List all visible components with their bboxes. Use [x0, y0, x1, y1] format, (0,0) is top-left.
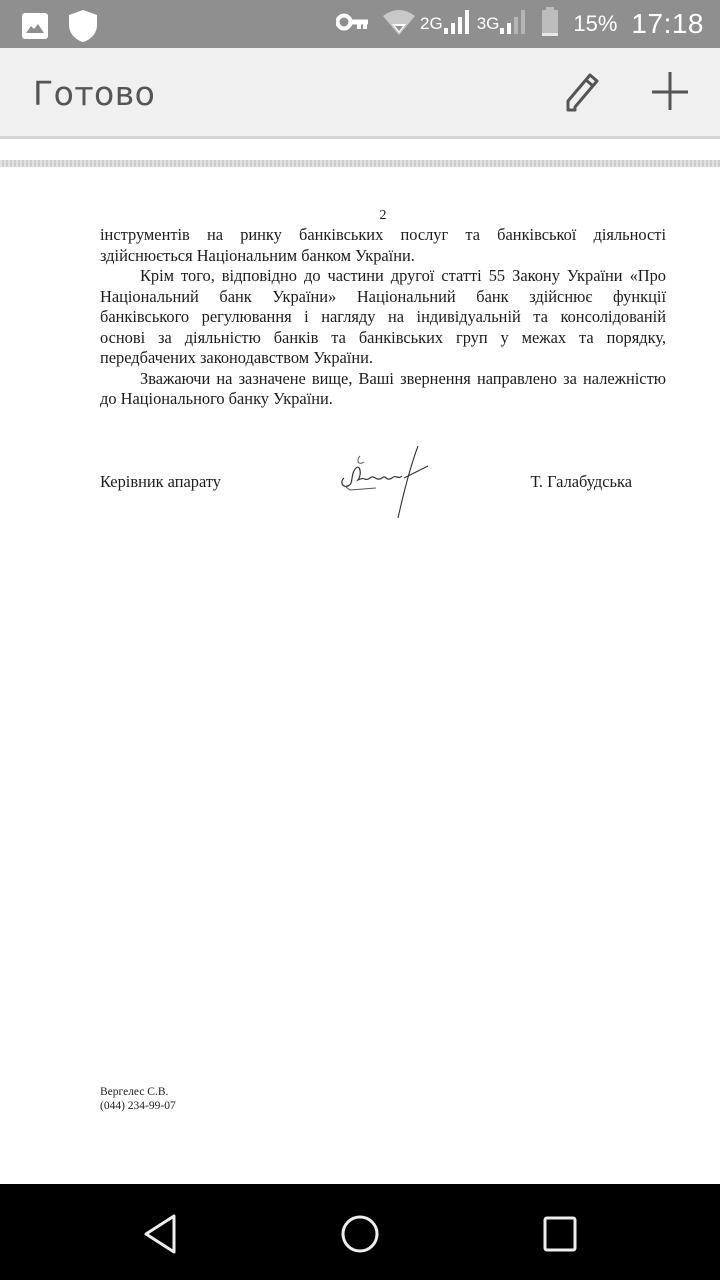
app-bar: Готово: [0, 48, 720, 139]
signatory-title: Керівник апарату: [100, 472, 221, 493]
vpn-key-icon: [336, 13, 368, 36]
paragraph-line: передбачених законодавством України.: [100, 348, 666, 369]
signal-3g-icon: [499, 9, 529, 40]
back-triangle-icon: [138, 1243, 182, 1260]
signature-block: Керівник апарату Т. Галабудська: [100, 452, 666, 532]
signatory-name: Т. Галабудська: [531, 472, 632, 493]
contact-name: Вергелес С.В.: [100, 1085, 176, 1099]
document-viewer[interactable]: 2 інструментів на ринку банківських посл…: [0, 139, 720, 1184]
paragraph-line: Крім того, відповідно до частини другої …: [100, 266, 666, 287]
navigation-bar: [0, 1184, 720, 1280]
paragraph-line: банківського регулювання і нагляду на ін…: [100, 307, 666, 328]
paragraph-line: Національний банк України» Національний …: [100, 287, 666, 308]
contact-block: Вергелес С.В. (044) 234-99-07: [100, 1085, 176, 1113]
done-button[interactable]: Готово: [33, 74, 155, 113]
signature-image: [336, 438, 436, 528]
paragraph-line: Зважаючи на зазначене вище, Ваші звернен…: [100, 369, 666, 390]
wifi-icon: [382, 8, 416, 41]
back-button[interactable]: [138, 1212, 182, 1256]
battery-percent: 15%: [573, 11, 617, 37]
page-number: 2: [100, 209, 666, 223]
plus-icon: [648, 101, 692, 118]
add-button[interactable]: [648, 70, 692, 114]
paragraph-line: інструментів на ринку банківських послуг…: [100, 225, 666, 246]
home-button[interactable]: [338, 1212, 382, 1256]
paragraph-line: здійснюється Національним банком України…: [100, 246, 666, 267]
page-edge-divider: [0, 160, 720, 167]
battery-icon: [541, 7, 559, 42]
status-bar: 2G 3G 15% 17:18: [0, 0, 720, 48]
edit-button[interactable]: [560, 70, 604, 114]
paragraph-line: до Національного банку України.: [100, 389, 666, 410]
contact-phone: (044) 234-99-07: [100, 1099, 176, 1113]
signal-2g-icon: [443, 9, 473, 40]
network-2g-label: 2G: [420, 14, 443, 34]
paragraph-line: основі за діяльністю банків та банківськ…: [100, 328, 666, 349]
gallery-icon: [22, 13, 48, 44]
clock: 17:18: [631, 8, 704, 40]
document-page: 2 інструментів на ринку банківських посл…: [100, 209, 666, 532]
pencil-icon: [560, 101, 604, 118]
network-3g-label: 3G: [477, 14, 500, 34]
recents-square-icon: [538, 1243, 582, 1260]
recents-button[interactable]: [538, 1212, 582, 1256]
home-circle-icon: [338, 1243, 382, 1260]
shield-icon: [68, 9, 98, 48]
